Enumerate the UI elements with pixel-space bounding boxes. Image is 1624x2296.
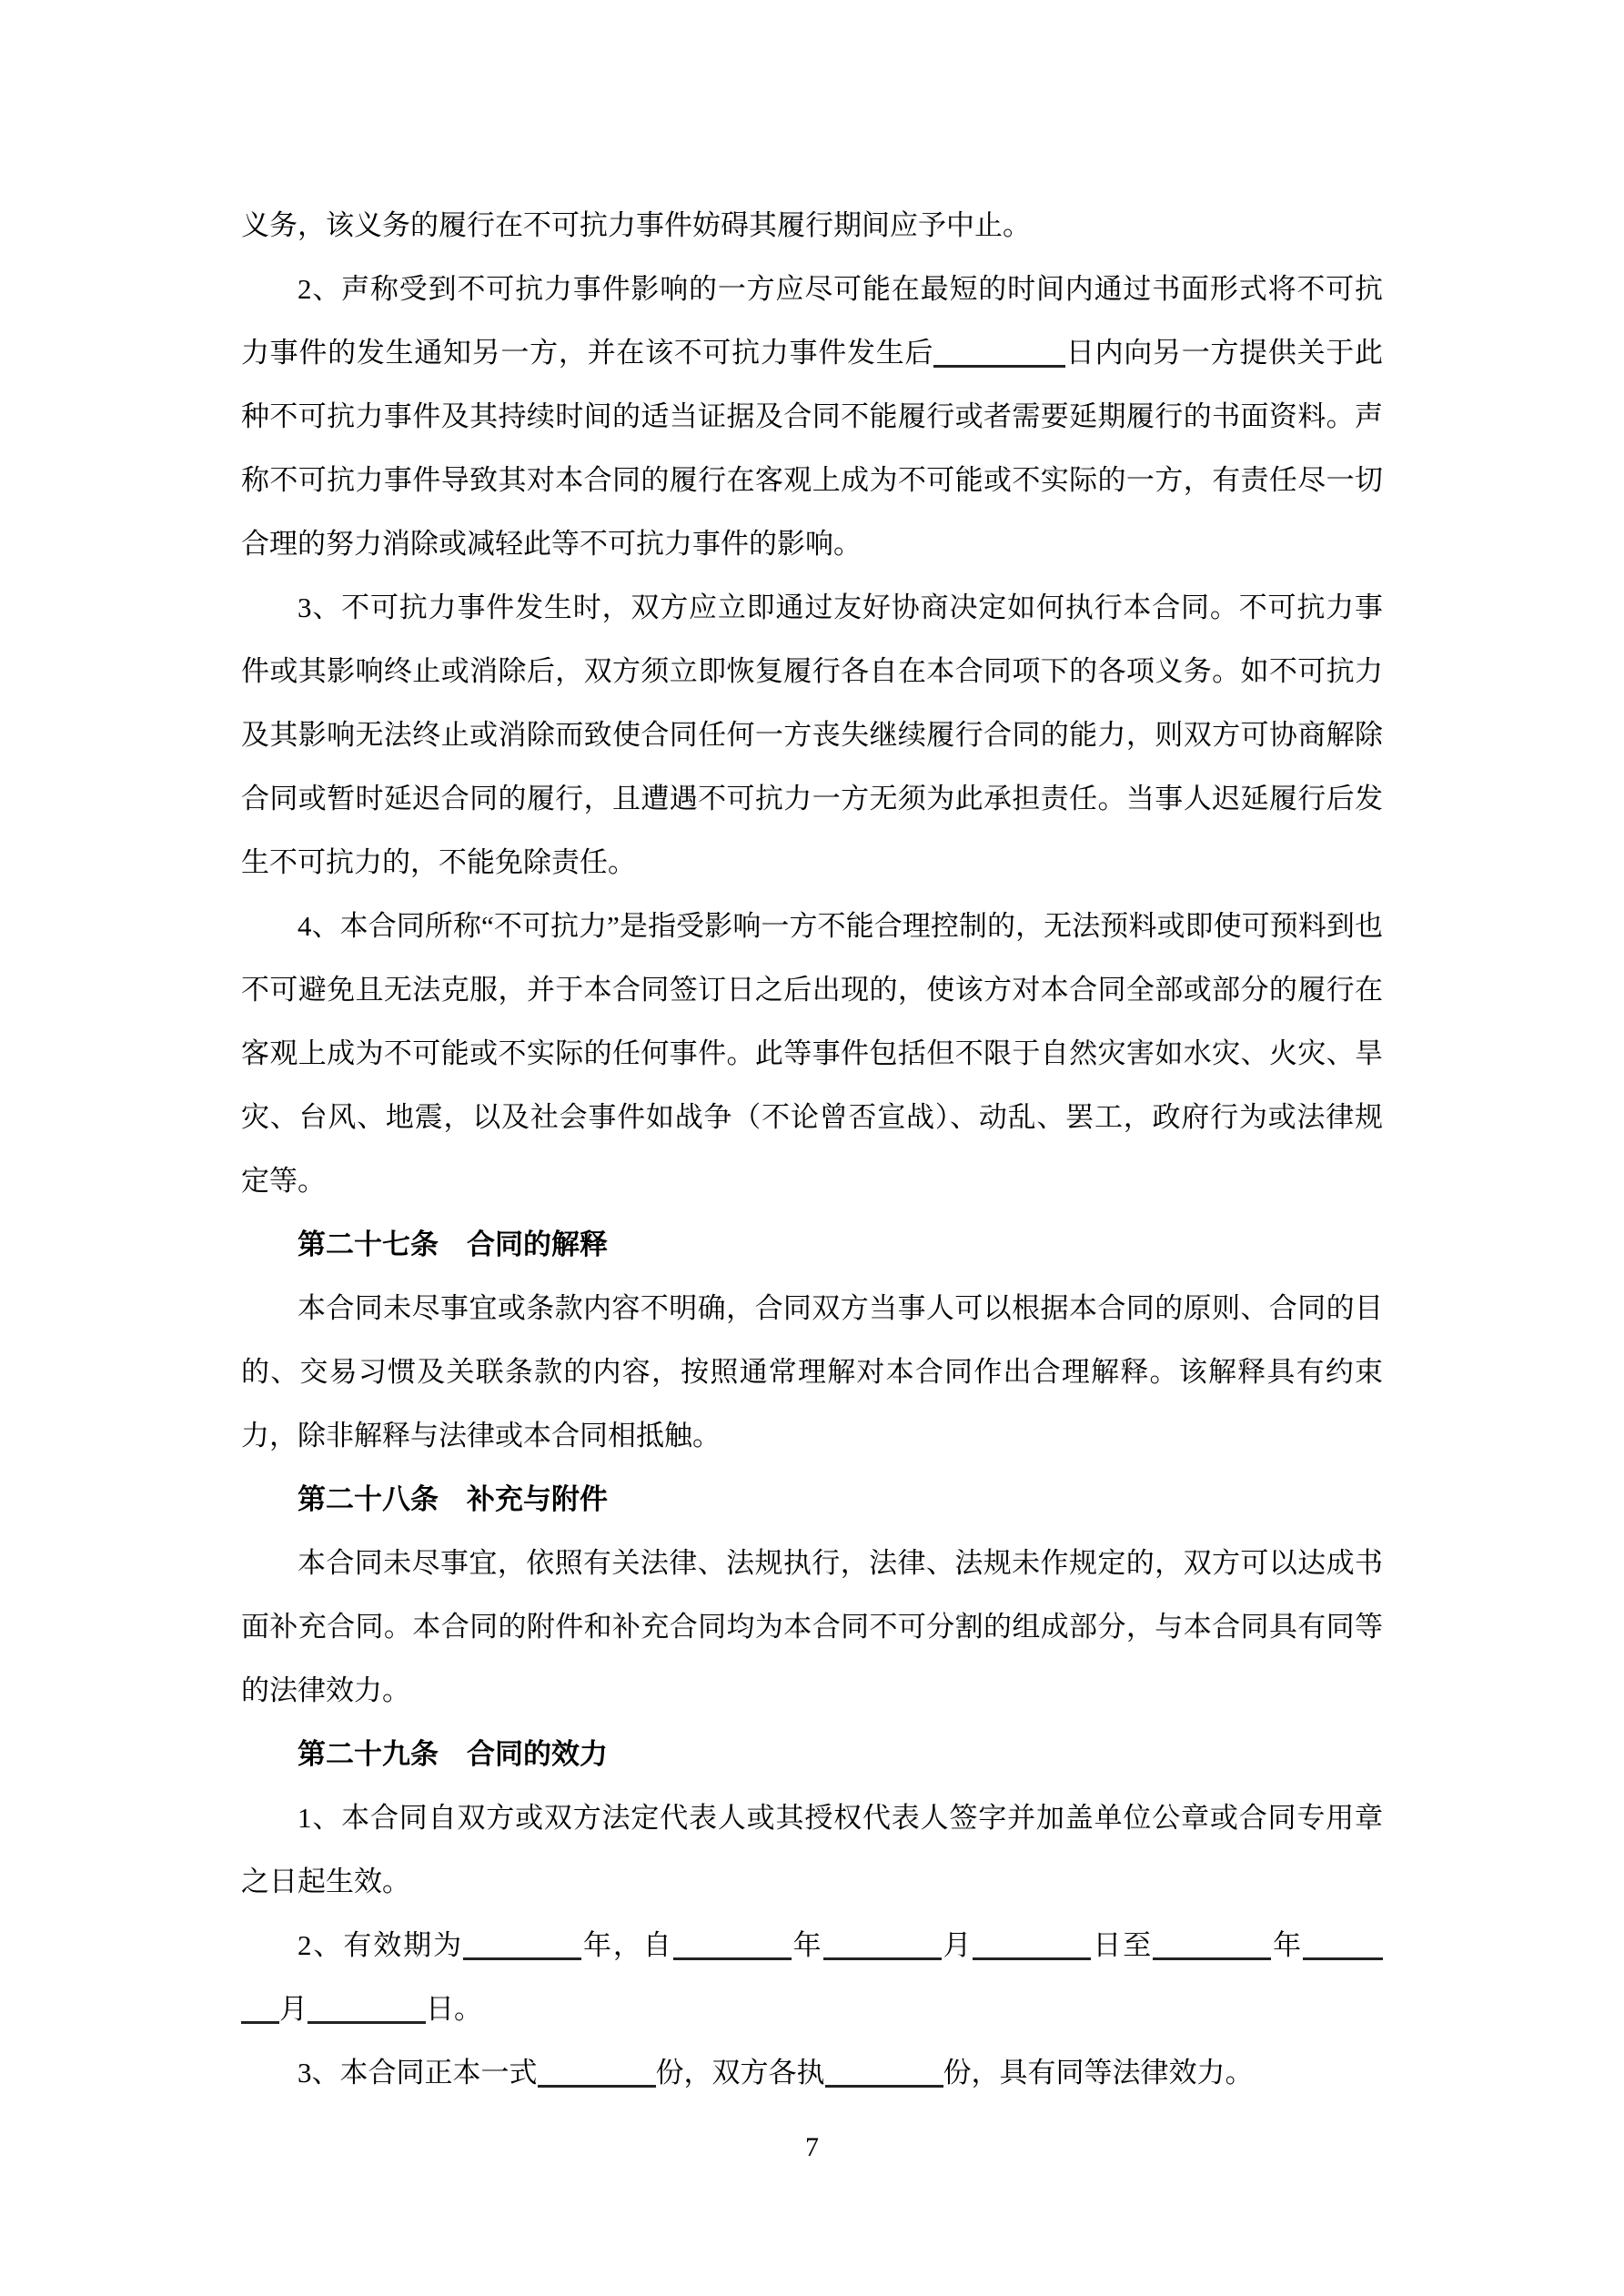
text-run: 日至 [1091, 1929, 1153, 1961]
page-footer: 7 [0, 2116, 1624, 2180]
fill-in-blank [973, 1930, 1091, 1960]
paragraph: 3、本合同正本一式份，双方各执份，具有同等法律效力。 [241, 2041, 1383, 2105]
text-run: 日内向另一方提供关于此种不可抗力事件及其持续时间的适当证据及合同不能履行或者需要… [241, 337, 1383, 560]
fill-in-blank [1303, 1930, 1383, 1960]
page-number: 7 [805, 2132, 819, 2162]
fill-in-blank [538, 2058, 656, 2088]
fill-in-blank [933, 338, 1065, 368]
paragraph: 义务，该义务的履行在不可抗力事件妨碍其履行期间应予中止。 [241, 194, 1383, 258]
text-run: 第二十七条 合同的解释 [298, 1229, 608, 1260]
text-run: 日。 [426, 1993, 482, 2025]
fill-in-blank [673, 1930, 792, 1960]
fill-in-blank [463, 1930, 581, 1960]
paragraph: 4、本合同所称“不可抗力”是指受影响一方不能合理控制的，无法预料或即使可预料到也… [241, 895, 1383, 1213]
text-run: 月 [942, 1929, 973, 1961]
paragraph: 3、不可抗力事件发生时，双方应立即通过友好协商决定如何执行本合同。不可抗力事件或… [241, 576, 1383, 895]
fill-in-blank [825, 2058, 943, 2088]
fill-in-blank [308, 1994, 426, 2024]
text-run: 4、本合同所称“不可抗力”是指受影响一方不能合理控制的，无法预料或即使可预料到也… [241, 910, 1383, 1197]
contract-document-page: 义务，该义务的履行在不可抗力事件妨碍其履行期间应予中止。2、声称受到不可抗力事件… [0, 0, 1624, 2296]
text-run: 份，双方各执 [656, 2057, 825, 2089]
clause-heading: 第二十八条 补充与附件 [241, 1468, 1383, 1532]
text-run: 1、本合同自双方或双方法定代表人或其授权代表人签字并加盖单位公章或合同专用章之日… [241, 1802, 1383, 1897]
text-run: 份，具有同等法律效力。 [943, 2057, 1254, 2089]
paragraph: 本合同未尽事宜或条款内容不明确，合同双方当事人可以根据本合同的原则、合同的目的、… [241, 1277, 1383, 1468]
text-run: 年 [1271, 1929, 1303, 1961]
text-run: 2、有效期为 [298, 1929, 463, 1961]
clause-heading: 第二十九条 合同的效力 [241, 1723, 1383, 1786]
text-run: 3、不可抗力事件发生时，双方应立即通过友好协商决定如何执行本合同。不可抗力事件或… [241, 592, 1383, 878]
text-run: 月 [279, 1993, 308, 2025]
paragraph: 2、声称受到不可抗力事件影响的一方应尽可能在最短的时间内通过书面形式将不可抗力事… [241, 258, 1383, 576]
fill-in-blank [241, 1994, 279, 2024]
paragraph: 2、有效期为年，自年月日至年月日。 [241, 1914, 1383, 2041]
fill-in-blank [1153, 1930, 1271, 1960]
text-run: 3、本合同正本一式 [298, 2057, 538, 2089]
paragraph: 本合同未尽事宜，依照有关法律、法规执行，法律、法规未作规定的，双方可以达成书面补… [241, 1532, 1383, 1723]
clause-heading: 第二十七条 合同的解释 [241, 1213, 1383, 1277]
document-content: 义务，该义务的履行在不可抗力事件妨碍其履行期间应予中止。2、声称受到不可抗力事件… [241, 194, 1383, 2105]
text-run: 义务，该义务的履行在不可抗力事件妨碍其履行期间应予中止。 [241, 209, 1031, 241]
fill-in-blank [823, 1930, 942, 1960]
paragraph: 1、本合同自双方或双方法定代表人或其授权代表人签字并加盖单位公章或合同专用章之日… [241, 1786, 1383, 1914]
text-run: 本合同未尽事宜或条款内容不明确，合同双方当事人可以根据本合同的原则、合同的目的、… [241, 1292, 1383, 1451]
text-run: 本合同未尽事宜，依照有关法律、法规执行，法律、法规未作规定的，双方可以达成书面补… [241, 1547, 1383, 1706]
text-run: 年 [792, 1929, 823, 1961]
text-run: 年，自 [581, 1929, 673, 1961]
text-run: 第二十八条 补充与附件 [298, 1483, 608, 1515]
text-run: 第二十九条 合同的效力 [298, 1738, 608, 1770]
